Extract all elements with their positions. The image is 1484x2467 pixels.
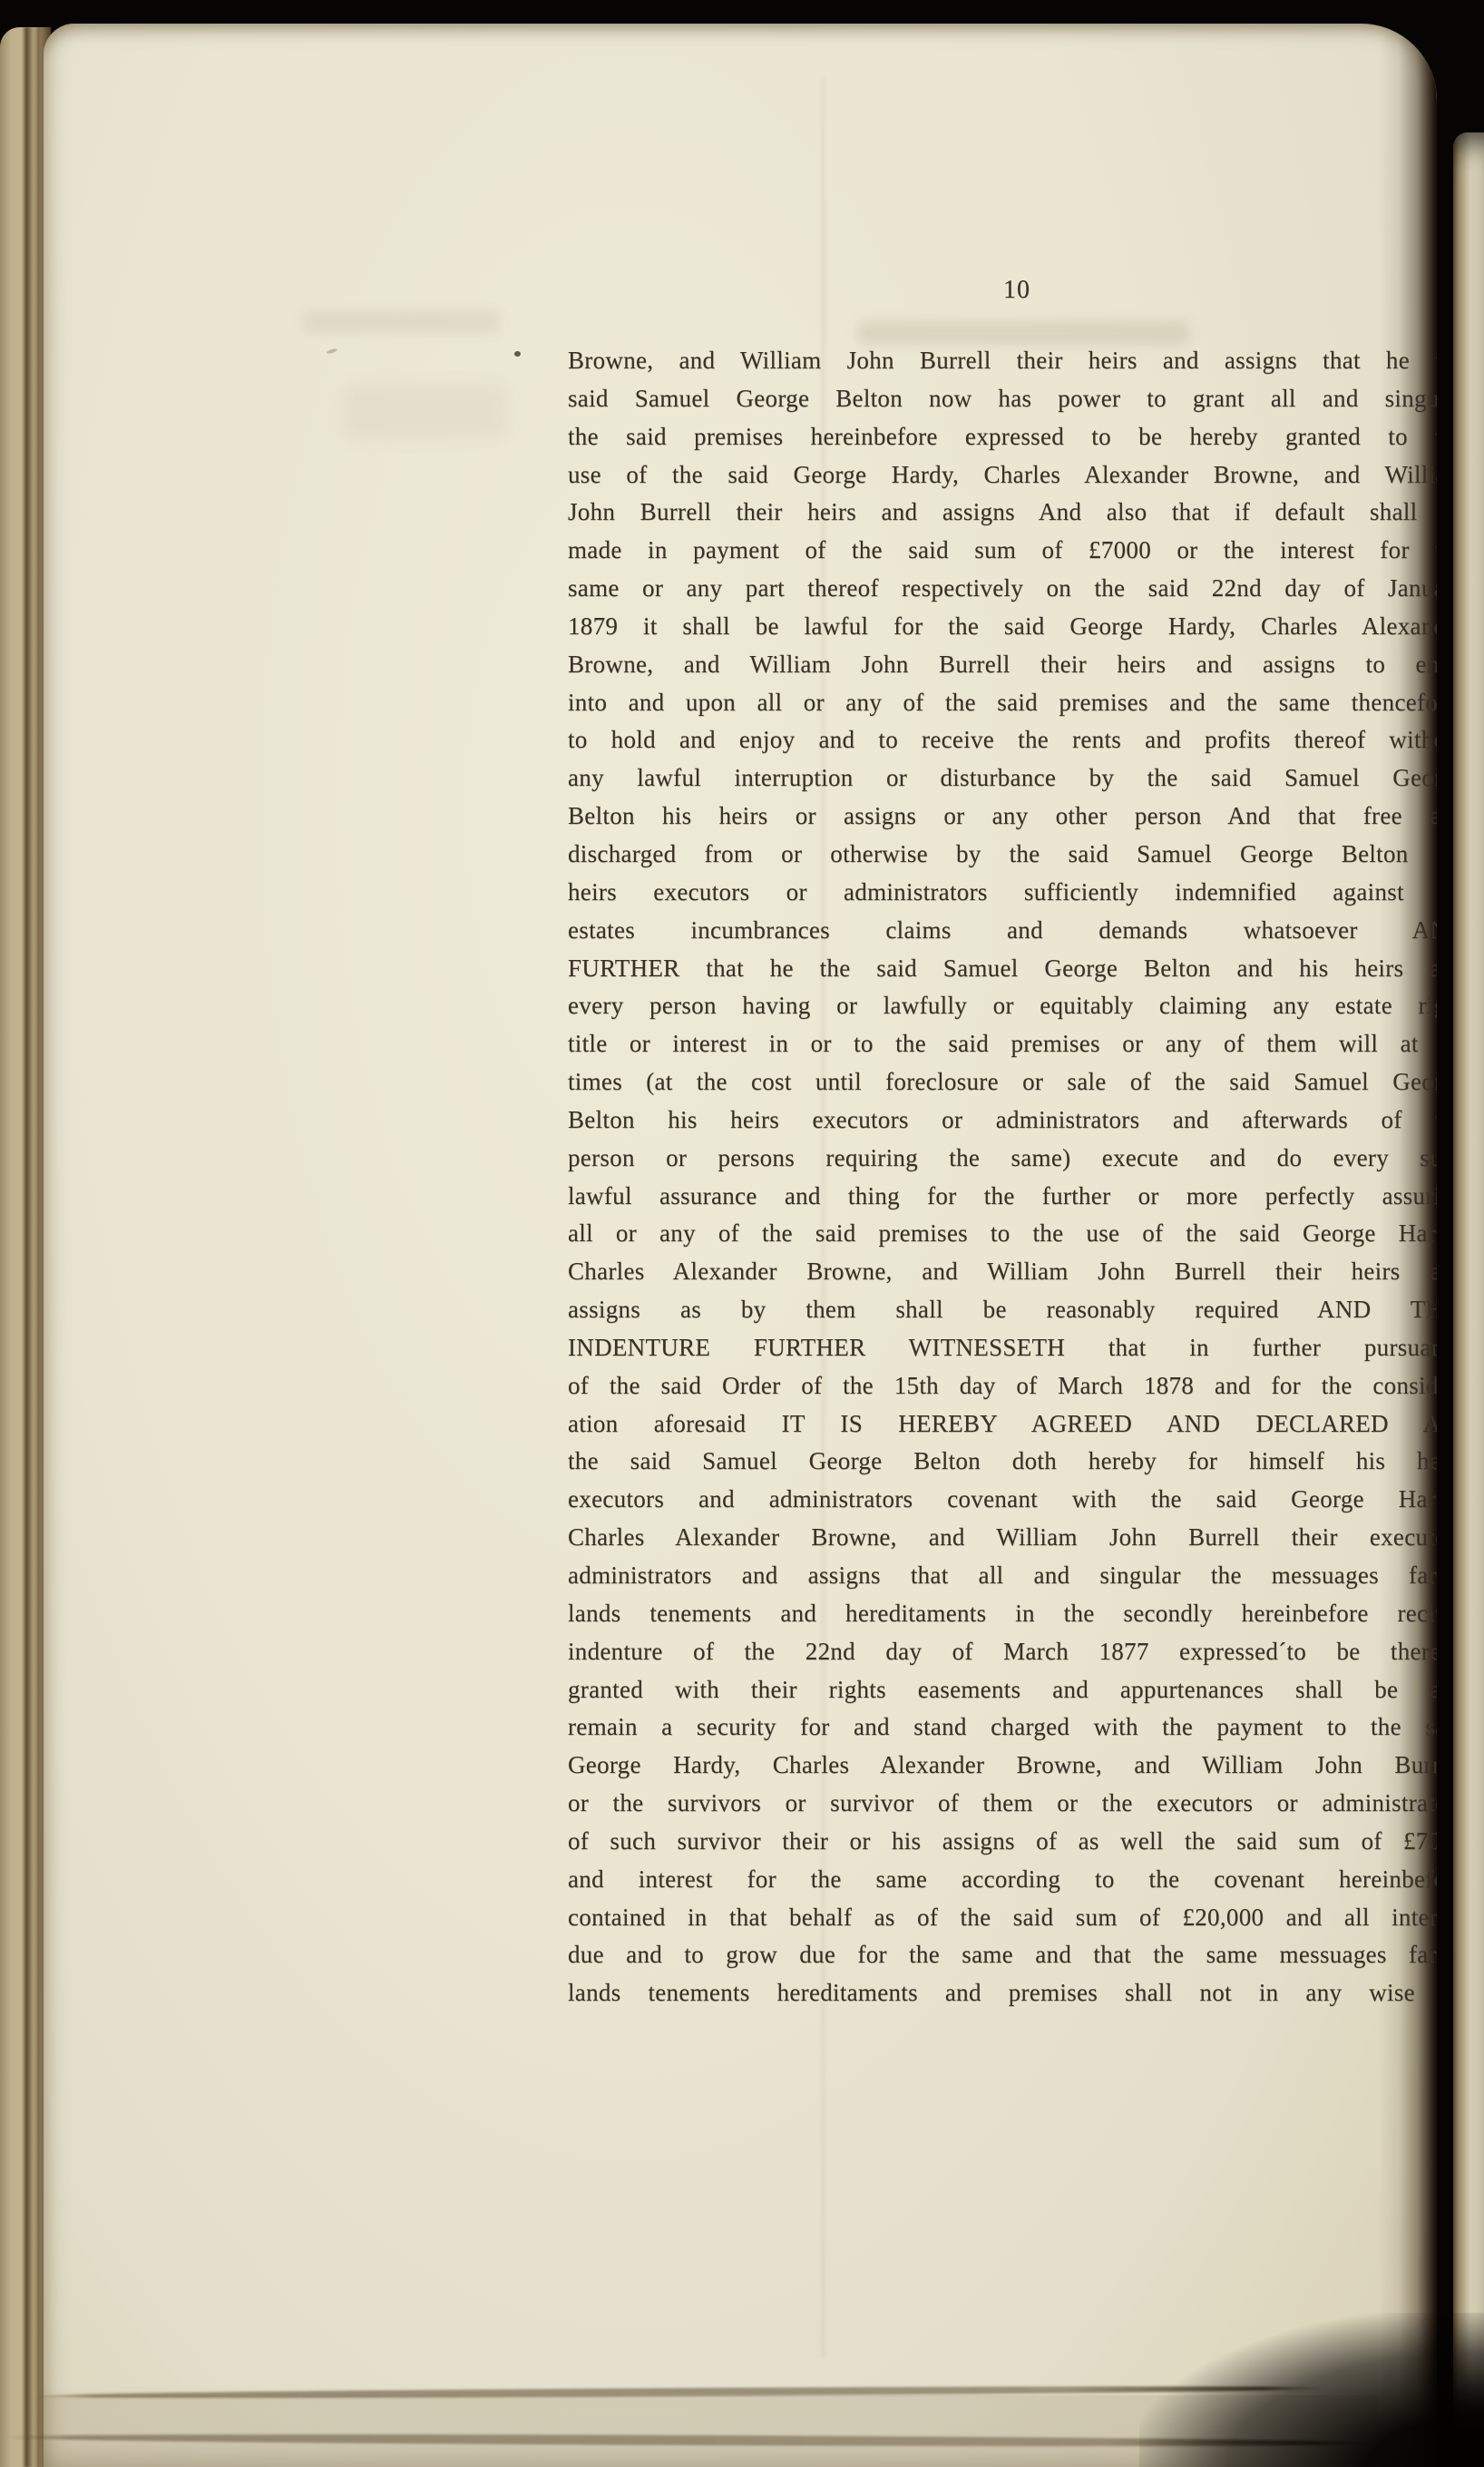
text-line: executors and administrators covenant wi… (568, 1481, 1437, 1519)
text-line: Belton his heirs executors or administra… (568, 1101, 1437, 1140)
text-line: the said Samuel George Belton doth hereb… (568, 1443, 1437, 1481)
page: 10 Browne, and William John Burrell thei… (44, 24, 1437, 2467)
bottom-right-shadow (1139, 2313, 1484, 2467)
text-line: FURTHER that he the said Samuel George B… (568, 950, 1437, 988)
next-page-edge (1453, 132, 1484, 2428)
text-line: indenture of the 22nd day of March 1877 … (568, 1633, 1437, 1671)
text-line: of the said Order of the 15th day of Mar… (568, 1367, 1437, 1405)
ink-speck (327, 348, 338, 355)
text-line: into and upon all or any of the said pre… (568, 684, 1437, 722)
text-line: to hold and enjoy and to receive the ren… (568, 721, 1437, 759)
text-line: said Samuel George Belton now has power … (568, 380, 1437, 418)
text-line: person or persons requiring the same) ex… (568, 1140, 1437, 1178)
text-line: use of the said George Hardy, Charles Al… (568, 456, 1437, 494)
text-line: made in payment of the said sum of £7000… (568, 532, 1437, 570)
text-line: of such survivor their or his assigns of… (568, 1823, 1437, 1861)
text-line: INDENTURE FURTHER WITNESSETH that in fur… (568, 1329, 1437, 1367)
text-line: due and to grow due for the same and tha… (568, 1936, 1437, 1974)
text-line: Belton his heirs or assigns or any other… (568, 798, 1437, 836)
binding-crease (36, 27, 41, 2467)
text-line: 1879 it shall be lawful for the said Geo… (568, 608, 1437, 646)
text-line: lands tenements hereditaments and premis… (568, 1974, 1437, 2012)
binding-crease (22, 27, 33, 2467)
text-line: heirs executors or administrators suffic… (568, 874, 1437, 912)
text-line: Charles Alexander Browne, and William Jo… (568, 1253, 1437, 1291)
page-number: 10 (568, 276, 1437, 305)
text-line: Charles Alexander Browne, and William Jo… (568, 1519, 1437, 1557)
ink-speck (514, 351, 521, 357)
text-line: contained in that behalf as of the said … (568, 1899, 1437, 1937)
text-line: granted with their rights easements and … (568, 1671, 1437, 1709)
text-line: discharged from or otherwise by the said… (568, 836, 1437, 874)
text-line: lands tenements and hereditaments in the… (568, 1595, 1437, 1633)
text-line: lawful assurance and thing for the furth… (568, 1178, 1437, 1216)
text-line: every person having or lawfully or equit… (568, 987, 1437, 1025)
text-line: title or interest in or to the said prem… (568, 1025, 1437, 1063)
text-line: Browne, and William John Burrell their h… (568, 342, 1437, 380)
text-line: George Hardy, Charles Alexander Browne, … (568, 1747, 1437, 1785)
text-line: and interest for the same according to t… (568, 1861, 1437, 1899)
text-line: same or any part thereof respectively on… (568, 570, 1437, 608)
book-page-photo: 10 Browne, and William John Burrell thei… (0, 0, 1484, 2467)
text-line: or the survivors or survivor of them or … (568, 1785, 1437, 1823)
text-line: remain a security for and stand charged … (568, 1708, 1437, 1747)
bleed-through-ghost (343, 385, 506, 439)
text-line: administrators and assigns that all and … (568, 1557, 1437, 1595)
text-line: assigns as by them shall be reasonably r… (568, 1291, 1437, 1329)
text-line: all or any of the said premises to the u… (568, 1215, 1437, 1253)
legal-text-block: Browne, and William John Burrell their h… (568, 342, 1437, 2012)
text-line: ation aforesaid IT IS HEREBY AGREED AND … (568, 1405, 1437, 1444)
text-line: times (at the cost until foreclosure or … (568, 1063, 1437, 1101)
text-line: estates incumbrances claims and demands … (568, 912, 1437, 950)
text-line: John Burrell their heirs and assigns And… (568, 494, 1437, 532)
text-line: any lawful interruption or disturbance b… (568, 759, 1437, 798)
bleed-through-ghost (302, 310, 500, 334)
text-line: the said premises hereinbefore expressed… (568, 418, 1437, 456)
text-line: Browne, and William John Burrell their h… (568, 646, 1437, 684)
